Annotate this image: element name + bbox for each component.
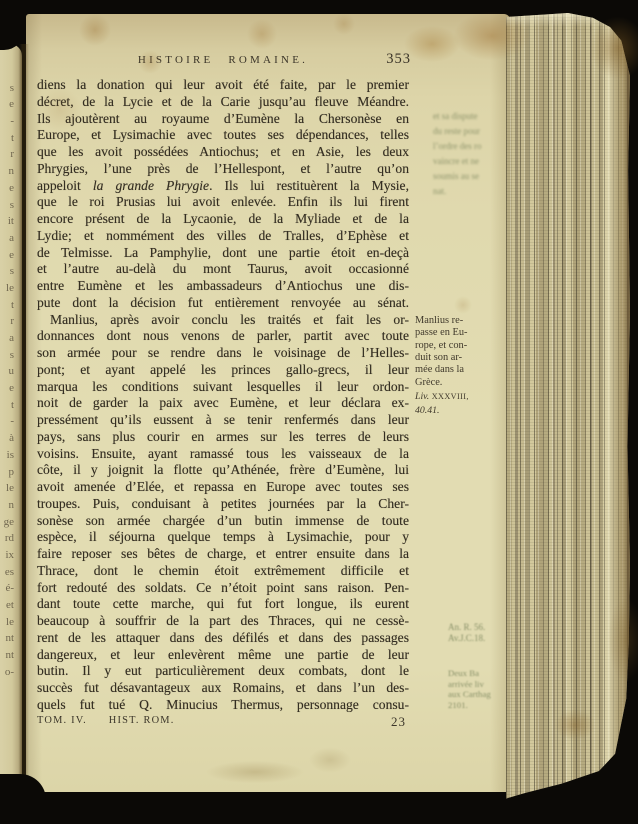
footer-volume-label: TOM. IV.	[37, 715, 87, 726]
facing-line-ending	[0, 731, 14, 748]
facing-line-ending: nt	[0, 630, 14, 647]
body-line: encore présent de la Lycaonie, de la Myl…	[37, 211, 409, 228]
facing-line-ending: a	[0, 230, 14, 247]
body-line: dant toute cette marche, qui fut fort lo…	[37, 596, 409, 613]
facing-line-ending: t	[0, 297, 14, 314]
body-line: troupes. Puis, conduisant à petites jour…	[37, 496, 409, 513]
page-number: 353	[386, 51, 411, 68]
facing-line-ending: s	[0, 197, 14, 214]
body-line: sonèse son armée chargée d’un butin imme…	[37, 513, 409, 530]
facing-line-ending: u	[0, 363, 14, 380]
body-line: Thrace, dont le chemin étoit extrêmement…	[37, 563, 409, 580]
body-line: pressément qu’ils eussent à se tenir ren…	[37, 412, 409, 429]
body-text: diens la donation qui leur avoit été fai…	[37, 77, 409, 714]
body-line: succès fut désavantageux aux Romains, et…	[37, 680, 409, 697]
body-line: de Telmisse. La Pamphylie, dont une part…	[37, 245, 409, 262]
body-line: pont; et ayant appelé les princes gallo-…	[37, 362, 409, 379]
margin-note-line: mée dans la	[415, 364, 510, 376]
body-line: appeloit la grande Phrygie. Ils lui rest…	[37, 178, 409, 195]
page-header: HISTOIRE ROMAINE. 353	[37, 54, 409, 74]
facing-line-ending: s	[0, 347, 14, 364]
body-line: Europe, et Lysimachie avec toutes ses dé…	[37, 127, 409, 144]
body-line: Manlius, après avoir conclu les traités …	[37, 312, 409, 329]
body-line: espèce, il séjourna quelque temps à Lysi…	[37, 529, 409, 546]
body-line: Lydie; et nommément des villes de Tralle…	[37, 228, 409, 245]
facing-line-ending: rd	[0, 530, 14, 547]
facing-line-ending: t	[0, 397, 14, 414]
body-line: décret, de la Lycie et de la Carie jusqu…	[37, 94, 409, 111]
facing-line-ending: e	[0, 180, 14, 197]
facing-line-ending: nt	[0, 647, 14, 664]
facing-line-ending: a	[0, 330, 14, 347]
body-line: dangereux, et leur enlevèrent même une p…	[37, 647, 409, 664]
facing-line-ending: ge	[0, 514, 14, 531]
gathering-signature-number: 23	[391, 714, 406, 730]
facing-line-ending	[0, 747, 14, 763]
body-line: noit de garder la paix avec Eumène, et l…	[37, 395, 409, 412]
book-fore-edge	[506, 13, 630, 801]
facing-line-ending: r	[0, 313, 14, 330]
facing-line-ending	[0, 63, 14, 80]
body-line: fort redouté des soldats. Ce n’étoit poi…	[37, 580, 409, 597]
margin-note-citation: 40.41.	[415, 405, 510, 417]
facing-line-ending: o-	[0, 664, 14, 681]
facing-line-ending	[0, 680, 14, 697]
facing-line-ending	[0, 714, 14, 731]
body-line: faire reposer ses bêtes de charge, et en…	[37, 546, 409, 563]
body-line: Phrygies, l’une près de l’Hellespont, et…	[37, 161, 409, 178]
body-line: marqua les conditions suivant lesquelles…	[37, 379, 409, 396]
margin-note-line: passe en Eu-	[415, 327, 510, 339]
facing-line-ending: n	[0, 497, 14, 514]
facing-line-ending: et	[0, 597, 14, 614]
page-footer: TOM. IV. HIST. ROM. 23	[37, 715, 409, 733]
footer-title-label: HIST. ROM.	[109, 715, 175, 726]
facing-line-ending: le	[0, 614, 14, 631]
facing-line-ending: n	[0, 163, 14, 180]
book-scan-photo: { "colors": { "background": "#0b0906", "…	[0, 0, 638, 824]
facing-line-ending: -	[0, 113, 14, 130]
body-line: donnances dont nous venons de parler, pa…	[37, 328, 409, 345]
facing-line-ending: it	[0, 213, 14, 230]
facing-line-ending: e	[0, 247, 14, 264]
body-line: pays, sans plus courir en armes sur les …	[37, 429, 409, 446]
body-line: que le roi Prusias lui avoit enlevée. En…	[37, 194, 409, 211]
body-line: entre Eumène et les ambassadeurs d’Antio…	[37, 278, 409, 295]
margin-note-line: duit son ar-	[415, 352, 510, 364]
body-line: rent de les attaquer dans des défilés et…	[37, 630, 409, 647]
facing-line-ending: ix	[0, 547, 14, 564]
photo-background-corner-bottom-left	[0, 774, 46, 824]
facing-line-ending: p	[0, 464, 14, 481]
facing-line-ending: t	[0, 130, 14, 147]
margin-note-line: rope, et con-	[415, 340, 510, 352]
facing-line-ending: s	[0, 80, 14, 97]
body-line: voisins. Ensuite, ayant ramassé tous les…	[37, 446, 409, 463]
body-line: avoit amenée d’Elée, et repassa en Europ…	[37, 479, 409, 496]
facing-line-ending: e	[0, 380, 14, 397]
margin-note-citation: Liv. XXXVIII,	[415, 391, 510, 403]
body-line: beaucoup à souffrir de la part des Thrac…	[37, 613, 409, 630]
facing-line-ending: es	[0, 564, 14, 581]
facing-line-ending: -	[0, 413, 14, 430]
margin-note-line: Grèce.	[415, 377, 510, 389]
body-line: diens la donation qui leur avoit été fai…	[37, 77, 409, 94]
facing-line-ending: é-	[0, 580, 14, 597]
facing-line-ending: s	[0, 263, 14, 280]
body-line: butin. Il y eut particulièrement deux co…	[37, 663, 409, 680]
body-line: Ils ajoutèrent au royaume d’Eumène la Ch…	[37, 111, 409, 128]
facing-line-ending: is	[0, 447, 14, 464]
facing-line-ending	[0, 697, 14, 714]
body-line: et l’autre au-delà du mont Taurus, avoit…	[37, 261, 409, 278]
facing-line-ending: le	[0, 280, 14, 297]
body-line: son armée pour se rendre dans le voisina…	[37, 345, 409, 362]
facing-page-line-endings: se-trnesitaesletrasuet-àisplengerdixesé-…	[0, 63, 14, 763]
body-line: pute dont la décision fut entièrement re…	[37, 295, 409, 312]
facing-line-ending: e	[0, 96, 14, 113]
body-line: que les avoit possédées Antiochus; et en…	[37, 144, 409, 161]
margin-note: Manlius re-passe en Eu-rope, et con-duit…	[415, 315, 510, 418]
margin-note-line: Manlius re-	[415, 315, 510, 327]
body-line: côte, il y joignit la flotte qu’Athénée,…	[37, 462, 409, 479]
body-line: quels fut tué Q. Minucius Thermus, perso…	[37, 697, 409, 714]
photo-background-corner-top-left	[0, 0, 24, 50]
running-title: HISTOIRE ROMAINE.	[37, 54, 409, 66]
facing-line-ending: à	[0, 430, 14, 447]
facing-line-ending: le	[0, 480, 14, 497]
book-page: HISTOIRE ROMAINE. 353 et sa disputedu re…	[26, 14, 510, 792]
page-gutter-fold	[19, 44, 29, 784]
facing-line-ending: r	[0, 146, 14, 163]
